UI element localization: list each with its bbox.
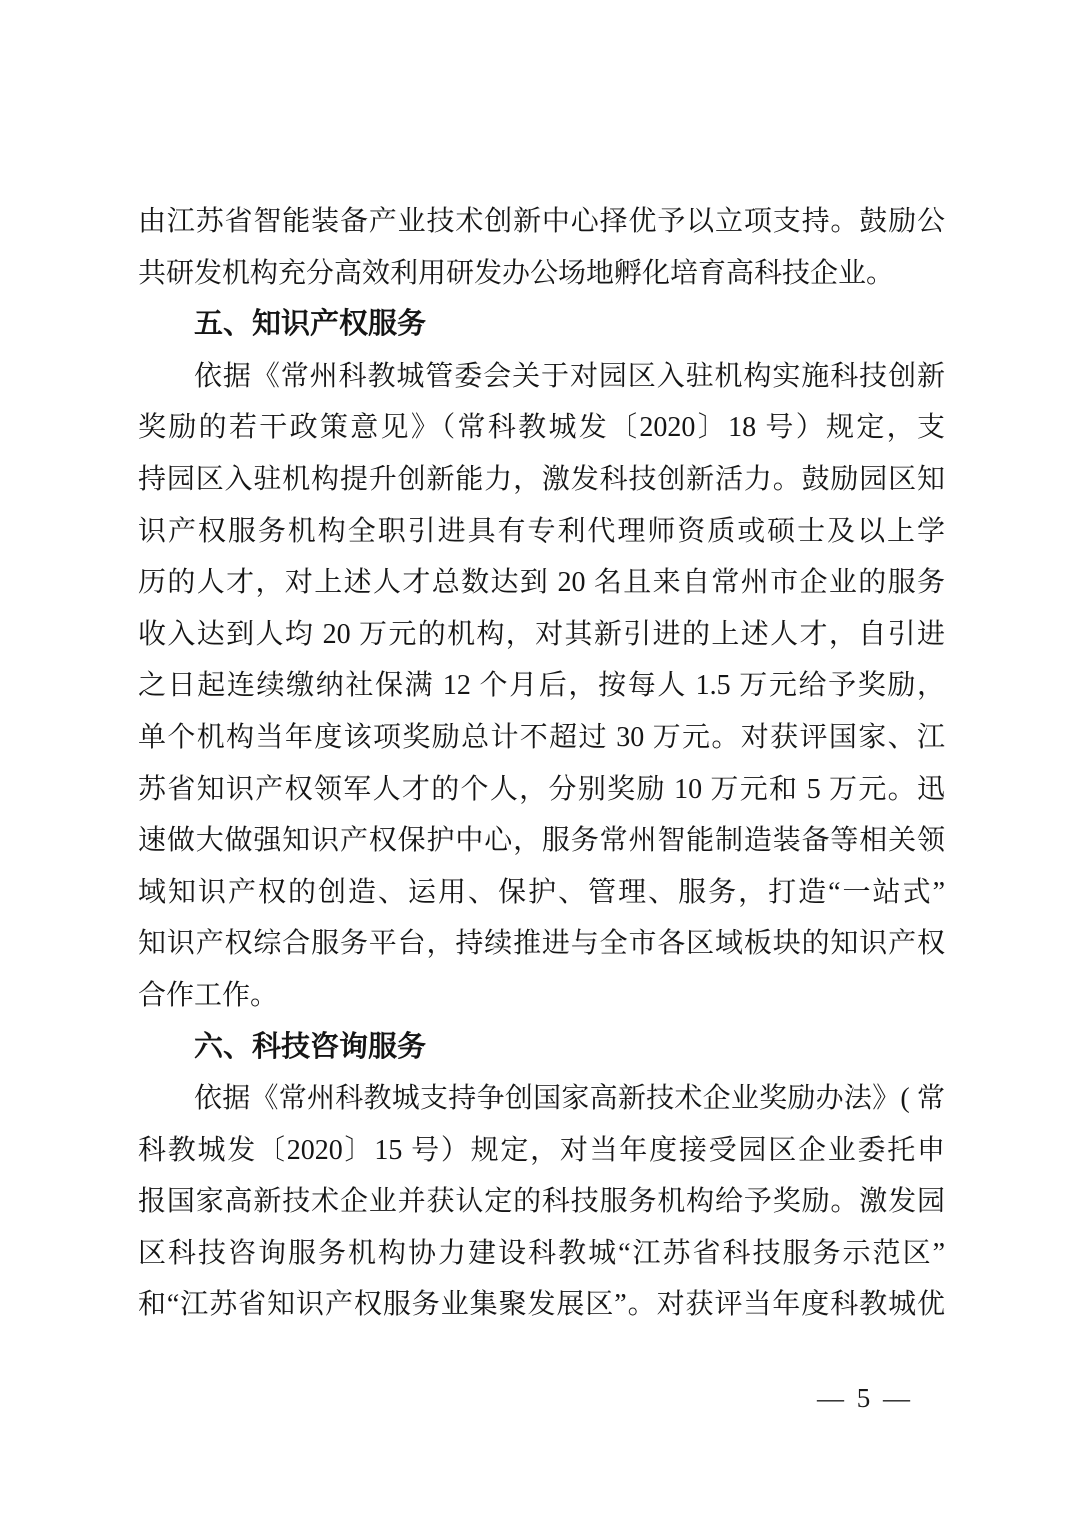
body-line: 持园区入驻机构提升创新能力，激发科技创新活力。鼓励园区知 xyxy=(138,454,945,506)
body-line: 共研发机构充分高效利用研发办公场地孵化培育高科技企业。 xyxy=(138,248,945,300)
page-number: — 5 — xyxy=(138,1383,913,1414)
section-heading: 五、知识产权服务 xyxy=(138,299,945,351)
body-line: 依据《常州科教城支持争创国家高新技术企业奖励办法》( 常 xyxy=(138,1073,945,1125)
body-line: 合作工作。 xyxy=(138,970,945,1022)
body-line: 苏省知识产权领军人才的个人，分别奖励 10 万元和 5 万元。迅 xyxy=(138,764,945,816)
body-line: 奖励的若干政策意见》（常科教城发〔2020〕18 号）规定，支 xyxy=(138,402,945,454)
document-page: 由江苏省智能装备产业技术创新中心择优予以立项支持。鼓励公共研发机构充分高效利用研… xyxy=(0,0,1080,1527)
body-line: 知识产权综合服务平台，持续推进与全市各区域板块的知识产权 xyxy=(138,918,945,970)
body-line: 速做大做强知识产权保护中心，服务常州智能制造装备等相关领 xyxy=(138,815,945,867)
body-line: 单个机构当年度该项奖励总计不超过 30 万元。对获评国家、江 xyxy=(138,712,945,764)
body-line: 收入达到人均 20 万元的机构，对其新引进的上述人才，自引进 xyxy=(138,609,945,661)
body-line: 之日起连续缴纳社保满 12 个月后，按每人 1.5 万元给予奖励， xyxy=(138,660,945,712)
body-line: 科教城发〔2020〕15 号）规定，对当年度接受园区企业委托申 xyxy=(138,1125,945,1177)
section-heading: 六、科技咨询服务 xyxy=(138,1022,945,1074)
body-line: 报国家高新技术企业并获认定的科技服务机构给予奖励。激发园 xyxy=(138,1176,945,1228)
body-line: 域知识产权的创造、运用、保护、管理、服务，打造“一站式” xyxy=(138,867,945,919)
body-line: 识产权服务机构全职引进具有专利代理师资质或硕士及以上学 xyxy=(138,506,945,558)
body-line: 依据《常州科教城管委会关于对园区入驻机构实施科技创新 xyxy=(138,351,945,403)
body-line: 由江苏省智能装备产业技术创新中心择优予以立项支持。鼓励公 xyxy=(138,196,945,248)
body-line: 区科技咨询服务机构协力建设科教城“江苏省科技服务示范区” xyxy=(138,1228,945,1280)
body-line: 和“江苏省知识产权服务业集聚发展区”。对获评当年度科教城优 xyxy=(138,1279,945,1331)
body-line: 历的人才，对上述人才总数达到 20 名且来自常州市企业的服务 xyxy=(138,557,945,609)
text-block: 由江苏省智能装备产业技术创新中心择优予以立项支持。鼓励公共研发机构充分高效利用研… xyxy=(138,196,945,1331)
